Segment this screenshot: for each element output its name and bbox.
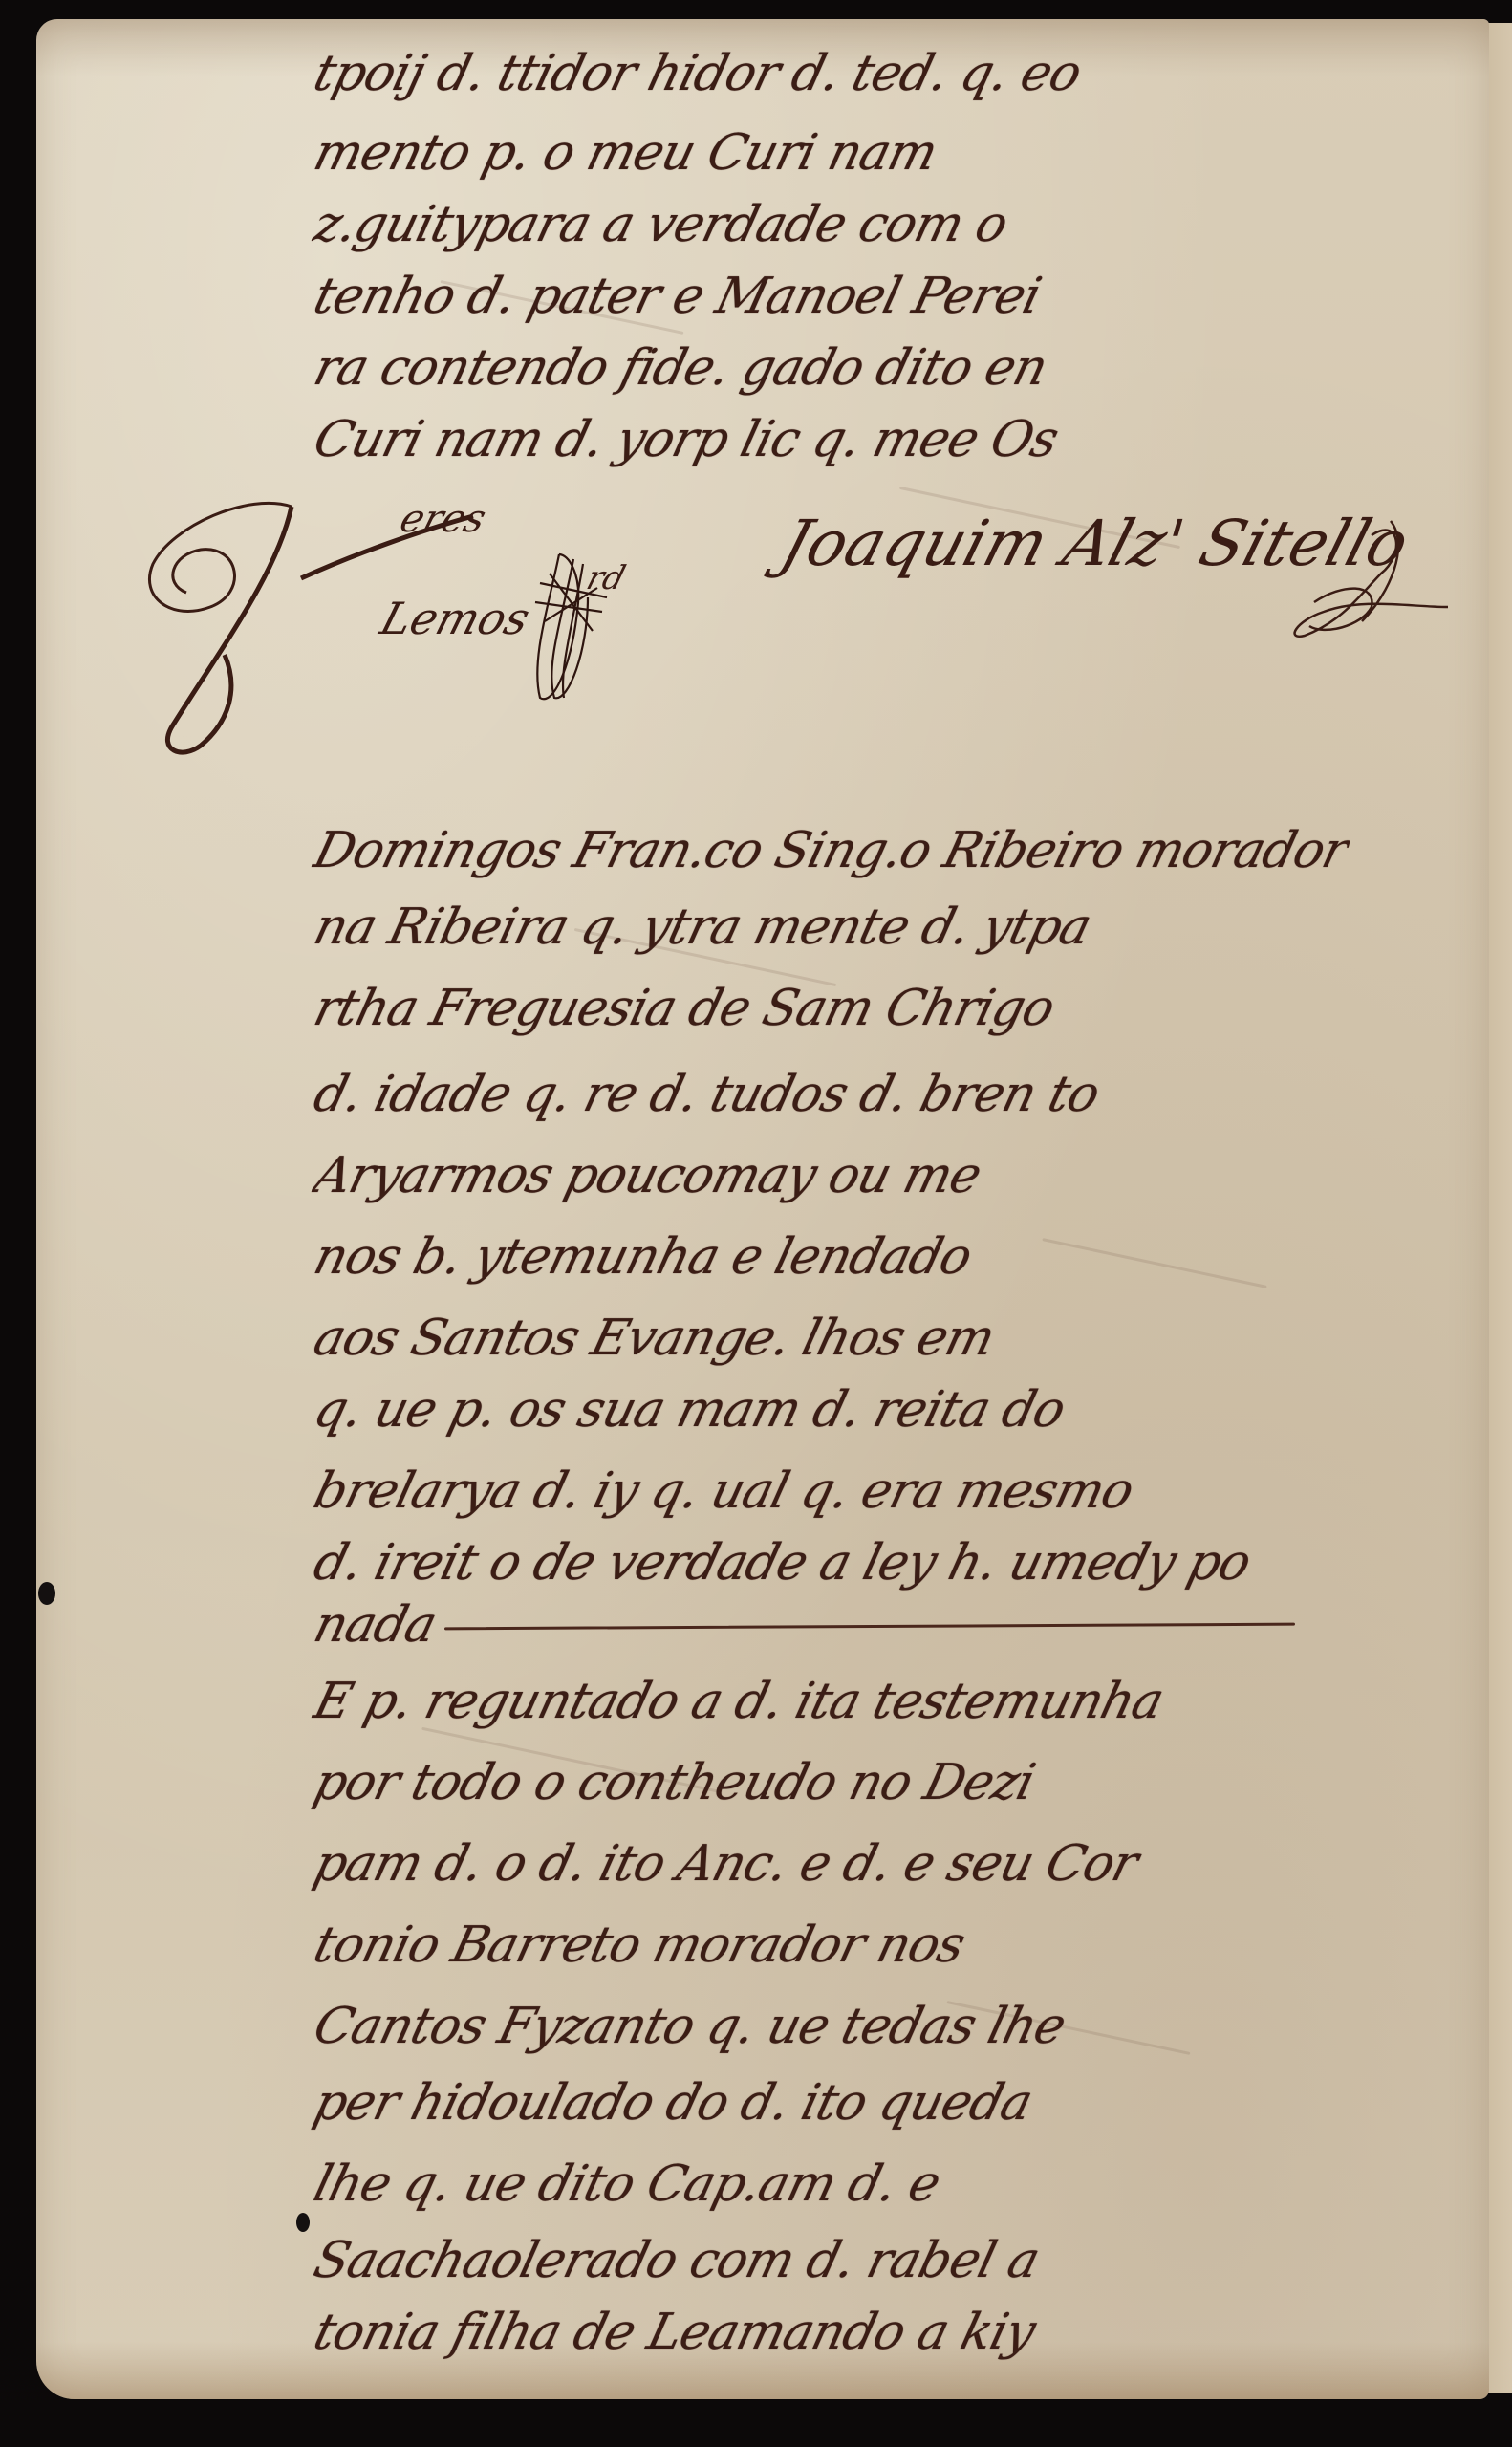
manuscript-line: nada [307,1592,457,1658]
photo-stage: tpoij d. ttidor hidor d. ted. q. eo ment… [0,0,1512,2447]
signature-paraph-icon [1285,516,1458,650]
paper-hole [38,1582,55,1605]
manuscript-line: tonio Barreto morador nos [307,1912,1355,1979]
manuscript-line: aos Santos Evange. lhos em [307,1305,1355,1372]
manuscript-line: na Ribeira q. ytra mente d. ytpa [307,894,1355,961]
manuscript-line: Aryarmos poucomay ou me [307,1142,1355,1209]
paper-hole [296,2213,310,2232]
manuscript-line: per hidoulado do d. ito queda [307,2069,1355,2136]
manuscript-line: tpoij d. ttidor hidor d. ted. q. eo [307,40,1355,107]
manuscript-line: rtha Freguesia de Sam Chrigo [307,975,1355,1042]
signature-lemos: Lemos [375,593,535,644]
manuscript-line: Cantos Fyzanto q. ue tedas lhe [307,1993,1355,2060]
manuscript-line: E p. reguntado a d. ita testemunha [307,1668,1355,1735]
manuscript-line: Curi nam d. yorp lic q. mee Os [307,406,1355,473]
manuscript-line: Domingos Fran.co Sing.o Ribeiro morador [307,817,1355,884]
manuscript-line: tenho d. pater e Manoel Perei [307,263,1355,330]
manuscript-line: brelarya d. iy q. ual q. era mesmo [307,1458,1355,1525]
manuscript-line: z.guitypara a verdade com o [307,191,1355,258]
manuscript-line: Saachaolerado com d. rabel a [307,2227,1355,2294]
manuscript-line: mento p. o meu Curi nam [307,119,1355,186]
manuscript-line: q. ue p. os sua mam d. reita do [307,1376,1355,1443]
manuscript-line: lhe q. ue dito Cap.am d. e [307,2151,1355,2218]
manuscript-line: ra contendo fide. gado dito en [307,335,1355,401]
manuscript-line: pam d. o d. ito Anc. e d. e seu Cor [307,1830,1355,1897]
manuscript-line: por todo o contheudo no Dezi [307,1749,1355,1816]
manuscript-line: d. ireit o de verdade a ley h. umedy po [307,1529,1355,1596]
manuscript-line: d. idade q. re d. tudos d. bren to [307,1061,1355,1128]
signature-superscript: eres [395,497,490,541]
manuscript-line: nos b. ytemunha e lendado [307,1223,1355,1290]
manuscript-line: tonia filha de Leamando a kiy [307,2299,1355,2366]
